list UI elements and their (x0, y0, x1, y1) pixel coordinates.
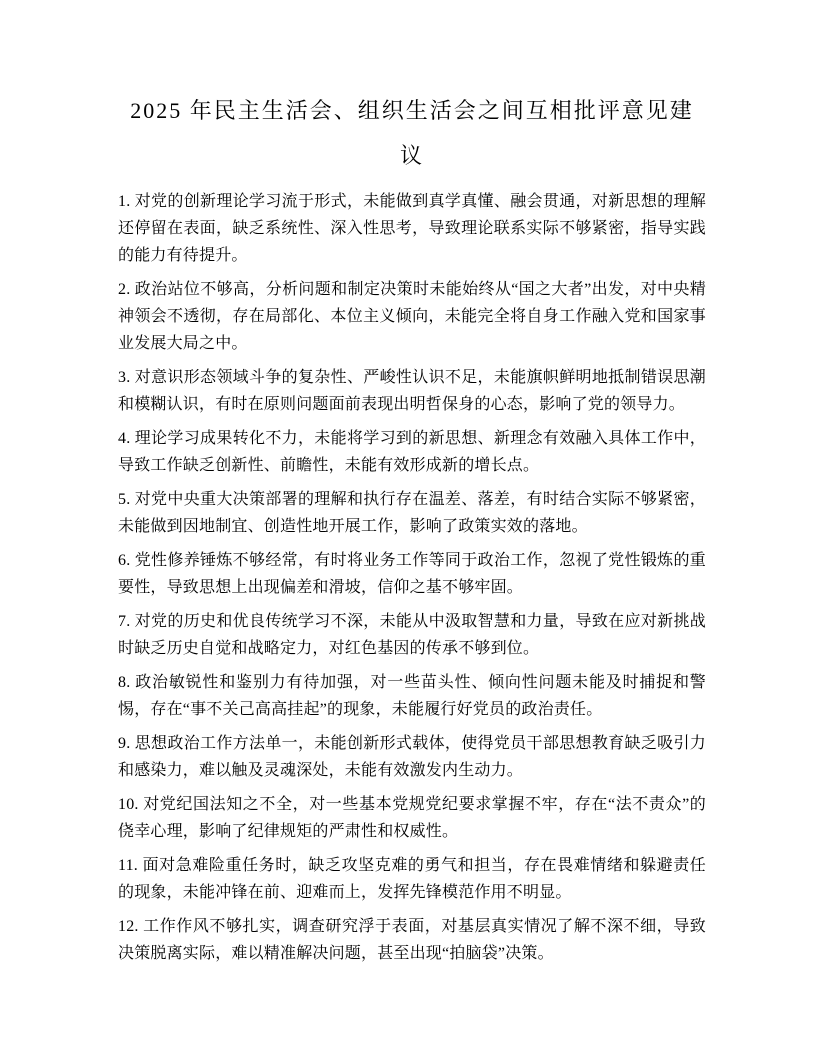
paragraph-8: 8. 政治敏锐性和鉴别力有待加强，对一些苗头性、倾向性问题未能及时捕捉和警惕，存… (118, 669, 706, 723)
paragraph-10: 10. 对党纪国法知之不全，对一些基本党规党纪要求掌握不牢，存在“法不责众”的侥… (118, 791, 706, 845)
paragraph-4: 4. 理论学习成果转化不力，未能将学习到的新思想、新理念有效融入具体工作中，导致… (118, 425, 706, 479)
document-title: 2025 年民主生活会、组织生活会之间互相批评意见建 议 (118, 88, 706, 178)
paragraph-1: 1. 对党的创新理论学习流于形式，未能做到真学真懂、融会贯通，对新思想的理解还停… (118, 188, 706, 269)
paragraph-11: 11. 面对急难险重任务时，缺乏攻坚克难的勇气和担当，存在畏难情绪和躲避责任的现… (118, 852, 706, 906)
paragraph-6: 6. 党性修养锤炼不够经常，有时将业务工作等同于政治工作，忽视了党性锻炼的重要性… (118, 547, 706, 601)
document-page: 2025 年民主生活会、组织生活会之间互相批评意见建 议 1. 对党的创新理论学… (0, 0, 816, 1056)
paragraph-9: 9. 思想政治工作方法单一，未能创新形式载体，使得党员干部思想教育缺乏吸引力和感… (118, 730, 706, 784)
paragraph-12: 12. 工作作风不够扎实，调查研究浮于表面，对基层真实情况了解不深不细，导致决策… (118, 913, 706, 967)
paragraph-5: 5. 对党中央重大决策部署的理解和执行存在温差、落差，有时结合实际不够紧密，未能… (118, 486, 706, 540)
paragraph-7: 7. 对党的历史和优良传统学习不深，未能从中汲取智慧和力量，导致在应对新挑战时缺… (118, 608, 706, 662)
paragraph-3: 3. 对意识形态领域斗争的复杂性、严峻性认识不足，未能旗帜鲜明地抵制错误思潮和模… (118, 364, 706, 418)
paragraph-2: 2. 政治站位不够高，分析问题和制定决策时未能始终从“国之大者”出发，对中央精神… (118, 276, 706, 357)
